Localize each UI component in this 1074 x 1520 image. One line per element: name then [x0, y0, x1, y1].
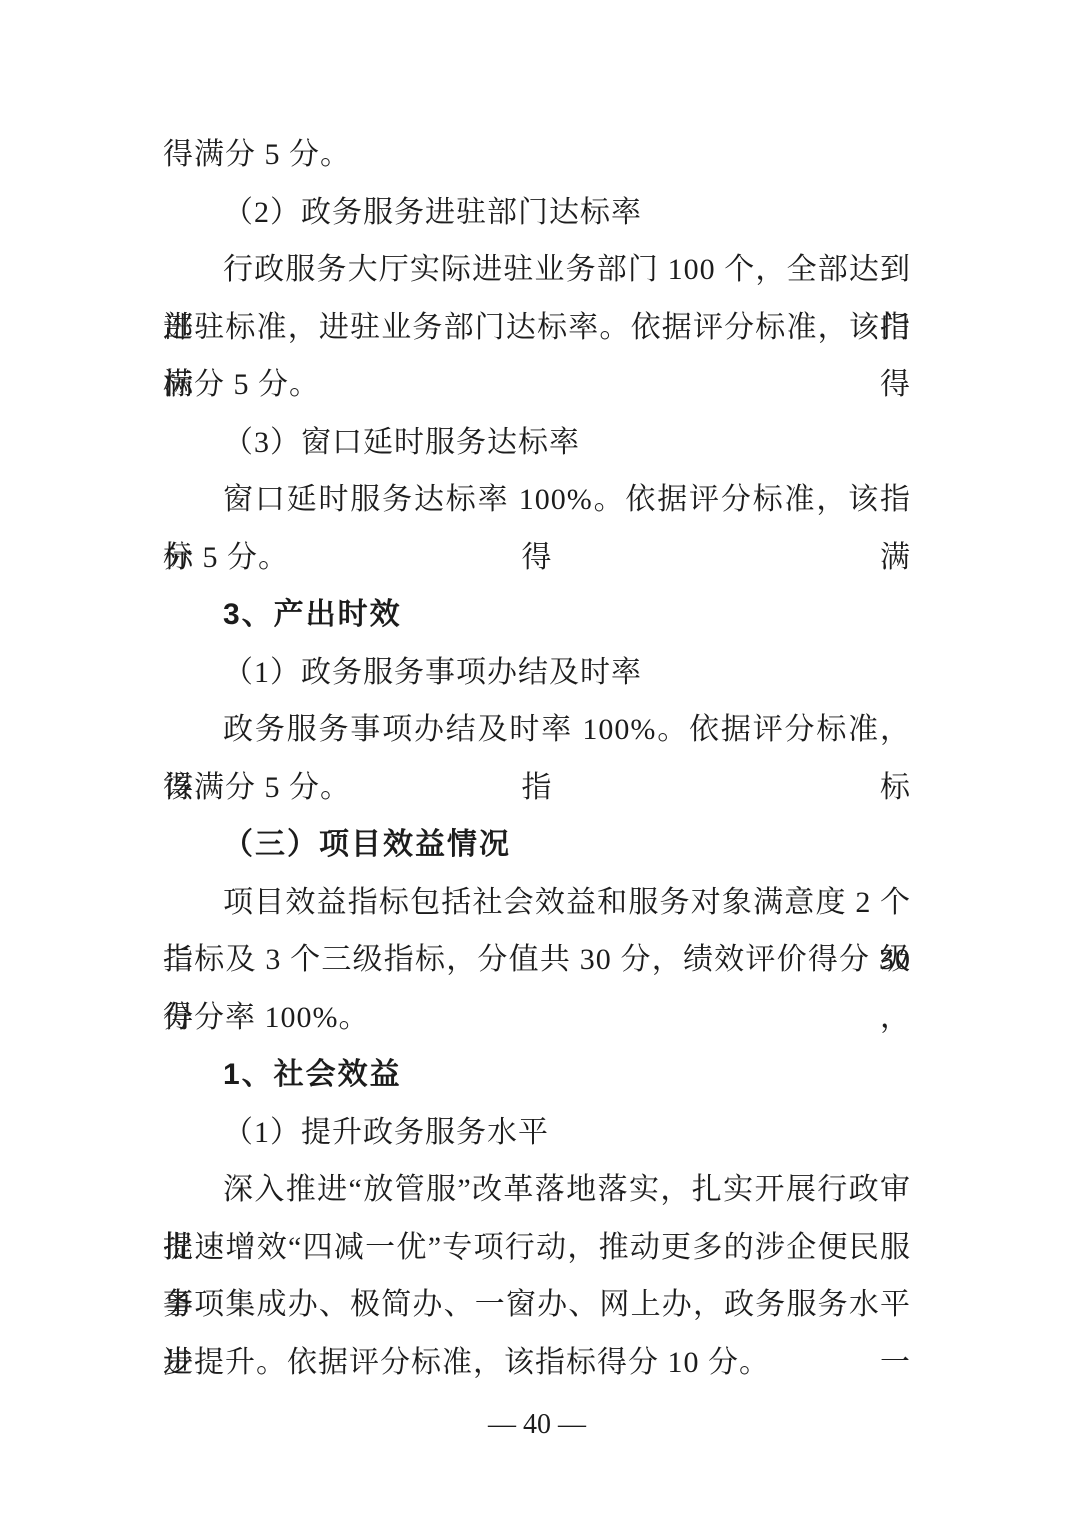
heading-line: （三）项目效益情况 — [163, 816, 911, 874]
text-line: 深入推进“放管服”改革落地落实，扎实开展行政审批 — [163, 1161, 911, 1219]
text-line: 进驻标准，进驻业务部门达标率。依据评分标准，该指标得 — [163, 299, 911, 357]
text-line: 政务服务事项办结及时率 100%。依据评分标准，该指标 — [163, 701, 911, 759]
text-line: 指标及 3 个三级指标，分值共 30 分，绩效评价得分 30 分， — [163, 931, 911, 989]
document-body: 得满分 5 分。（2）政务服务进驻部门达标率行政服务大厅实际进驻业务部门 100… — [163, 126, 911, 1391]
heading-line: 3、产出时效 — [163, 586, 911, 644]
page-number: — 40 — — [0, 1405, 1074, 1445]
text-line: （3）窗口延时服务达标率 — [163, 414, 911, 472]
text-line: 得满分 5 分。 — [163, 126, 911, 184]
text-line: （1）提升政务服务水平 — [163, 1104, 911, 1162]
text-line: （2）政务服务进驻部门达标率 — [163, 184, 911, 242]
text-line: 项目效益指标包括社会效益和服务对象满意度 2 个二级 — [163, 874, 911, 932]
text-line: （1）政务服务事项办结及时率 — [163, 644, 911, 702]
text-line: 提速增效“四减一优”专项行动，推动更多的涉企便民服务 — [163, 1219, 911, 1277]
document-page: 得满分 5 分。（2）政务服务进驻部门达标率行政服务大厅实际进驻业务部门 100… — [0, 0, 1074, 1520]
heading-line: 1、社会效益 — [163, 1046, 911, 1104]
text-line: 行政服务大厅实际进驻业务部门 100 个，全部达到部门 — [163, 241, 911, 299]
text-line: 事项集成办、极简办、一窗办、网上办，政务服务水平进一 — [163, 1276, 911, 1334]
text-line: 窗口延时服务达标率 100%。依据评分标准，该指标得满 — [163, 471, 911, 529]
